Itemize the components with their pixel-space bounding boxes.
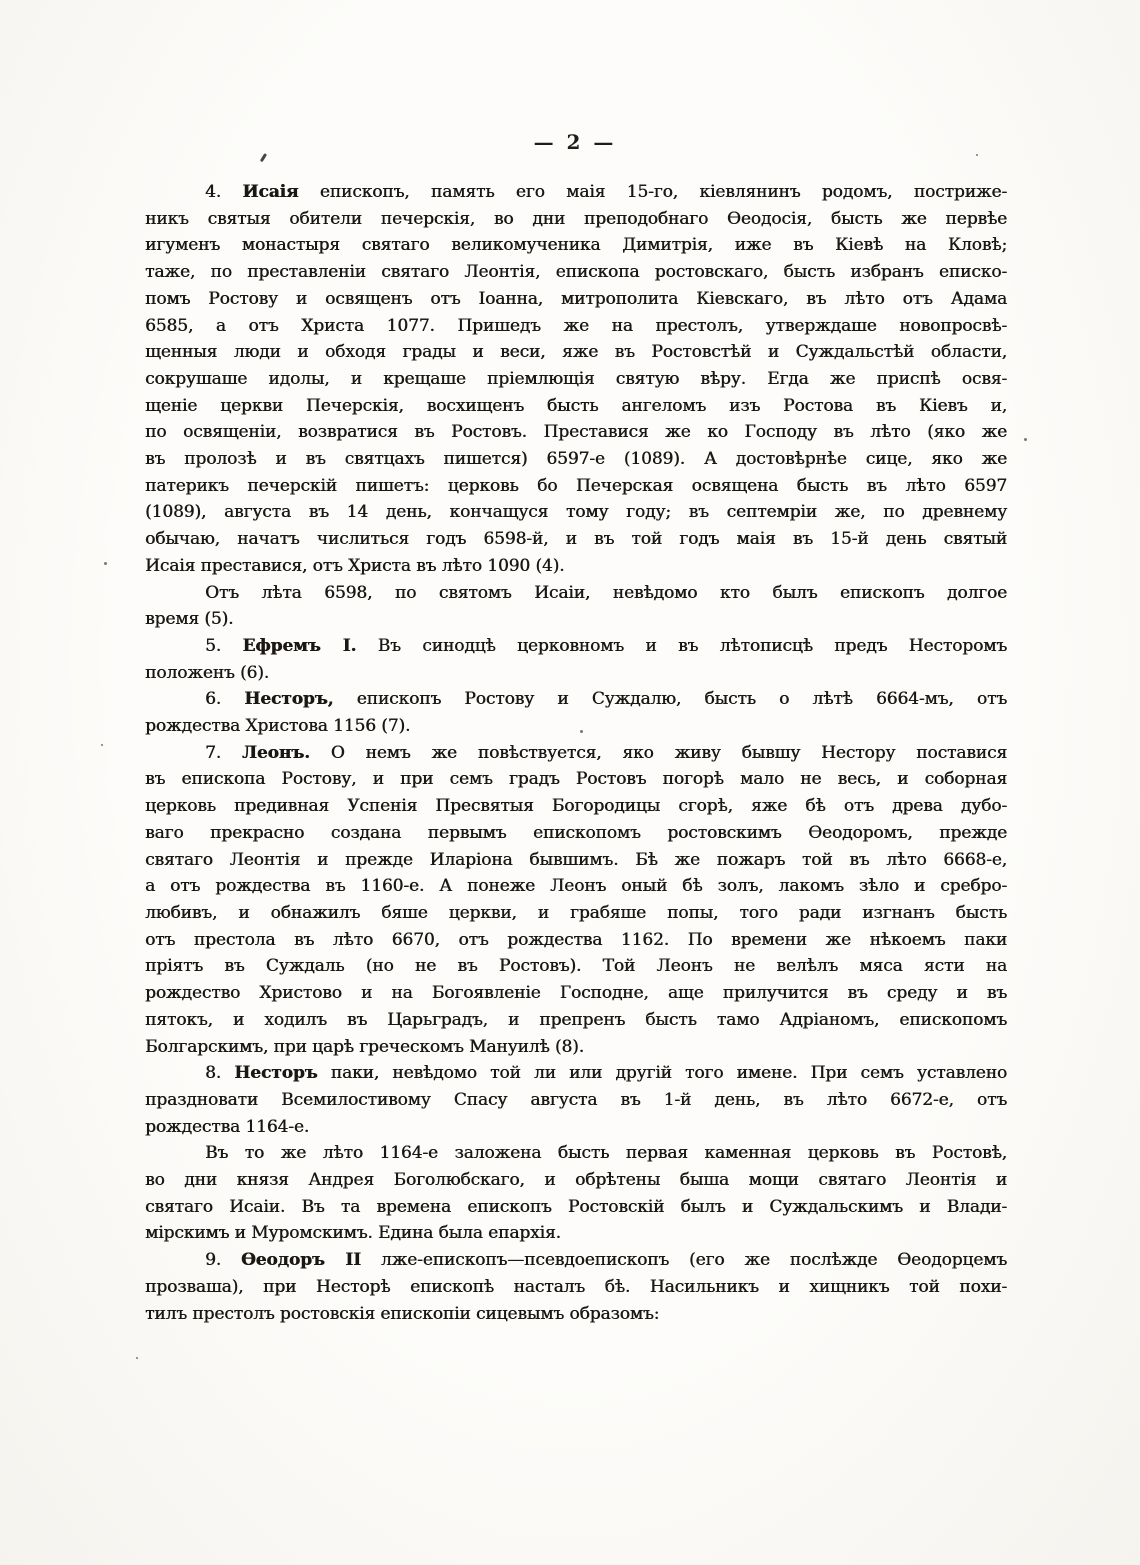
entry-name: Несторъ, — [244, 689, 333, 709]
text-line: пятокъ, и ходилъ въ Царьградъ, и препрен… — [145, 1007, 1007, 1034]
scan-speck — [976, 154, 978, 156]
text-line: Исаія преставися, отъ Христа въ лѣто 109… — [145, 553, 1007, 580]
text-line: святаго Леонтія и прежде Иларіона бывшим… — [145, 847, 1007, 874]
text-segment: Въ синодцѣ церковномъ и въ лѣтописцѣ пре… — [356, 636, 1007, 656]
scan-speck — [136, 1357, 138, 1359]
text-segment: Исаія преставися, отъ Христа въ лѣто 109… — [145, 556, 564, 576]
text-segment: рождества 1164-е. — [145, 1117, 309, 1137]
text-line: любивъ, и обнажилъ бяше церкви, и грабяш… — [145, 900, 1007, 927]
page-number: — 2 — — [143, 130, 1007, 154]
text-segment: пятокъ, и ходилъ въ Царьградъ, и препрен… — [145, 1010, 1007, 1030]
text-segment: Отъ лѣта 6598, по святомъ Исаіи, невѣдом… — [205, 583, 1007, 603]
text-line: прозваша), при Несторѣ епископѣ насталъ … — [145, 1274, 1007, 1301]
text-block: 4. Исаія епископъ, память его маія 15-го… — [145, 179, 1007, 1327]
text-line: праздновати Всемилостивому Спасу августа… — [145, 1087, 1007, 1114]
text-line: таже, по преставленіи святаго Леонтія, е… — [145, 259, 1007, 286]
text-segment: щеніе церкви Печерскія, восхищенъ бысть … — [145, 396, 1007, 416]
text-segment: никъ святыя обители печерскія, во дни пр… — [145, 209, 1007, 229]
text-line: во дни князя Андрея Боголюбскаго, и обрѣ… — [145, 1167, 1007, 1194]
text-line: 6. Несторъ, епископъ Ростову и Суждалю, … — [145, 686, 1007, 713]
text-segment: по освященіи, возвратися въ Ростовъ. Пре… — [145, 422, 1007, 442]
text-segment: во дни князя Андрея Боголюбскаго, и обрѣ… — [145, 1170, 1007, 1190]
text-segment: сокрушаше идолы, и крещаше пріемлющія св… — [145, 369, 1007, 389]
paragraph: 7. Леонъ. О немъ же повѣствуется, яко жи… — [145, 740, 1007, 1060]
entry-name: Исаія — [242, 182, 298, 202]
paragraph: 4. Исаія епископъ, память его маія 15-го… — [145, 179, 1007, 580]
text-line: Отъ лѣта 6598, по святомъ Исаіи, невѣдом… — [145, 580, 1007, 607]
text-segment: Болгарскимъ, при царѣ греческомъ Мануилѣ… — [145, 1037, 584, 1057]
text-line: ваго прекрасно создана первымъ епископом… — [145, 820, 1007, 847]
text-line: 6585, а отъ Христа 1077. Пришедъ же на п… — [145, 313, 1007, 340]
text-segment: паки, невѣдомо той ли или другій того им… — [318, 1063, 1007, 1083]
text-segment: 6. — [205, 689, 244, 709]
text-segment: патерикъ печерскій пишетъ: церковь бо Пе… — [145, 476, 1007, 496]
text-line: пріятъ въ Суждаль (но не въ Ростовъ). То… — [145, 953, 1007, 980]
text-segment: Въ то же лѣто 1164-е заложена бысть перв… — [205, 1143, 1007, 1163]
text-line: церковь предивная Успенія Пресвятыя Бого… — [145, 793, 1007, 820]
text-line: по освященіи, возвратися въ Ростовъ. Пре… — [145, 419, 1007, 446]
paragraph: 5. Ефремъ I. Въ синодцѣ церковномъ и въ … — [145, 633, 1007, 686]
text-segment: епископъ, память его маія 15-го, кіевлян… — [298, 182, 1007, 202]
text-line: а отъ рождества въ 1160-е. А понеже Леон… — [145, 873, 1007, 900]
scan-speck — [260, 153, 267, 162]
text-line: 7. Леонъ. О немъ же повѣствуется, яко жи… — [145, 740, 1007, 767]
text-segment: лже-епископъ—псевдоепископъ (его же посл… — [361, 1250, 1007, 1270]
text-segment: отъ престола въ лѣто 6670, отъ рождества… — [145, 930, 1007, 950]
text-segment: положенъ (6). — [145, 663, 269, 683]
text-line: рождества 1164-е. — [145, 1114, 1007, 1141]
scanned-book-page: — 2 — 4. Исаія епископъ, память его маія… — [0, 0, 1140, 1565]
text-segment: 4. — [205, 182, 242, 202]
text-segment: игуменъ монастыря святаго великомученика… — [145, 235, 1007, 255]
text-line: игуменъ монастыря святаго великомученика… — [145, 232, 1007, 259]
text-segment: 9. — [205, 1250, 241, 1270]
text-segment: праздновати Всемилостивому Спасу августа… — [145, 1090, 1007, 1110]
text-line: Болгарскимъ, при царѣ греческомъ Мануилѣ… — [145, 1034, 1007, 1061]
text-segment: обычаю, начатъ числиться годъ 6598-й, и … — [145, 529, 1007, 549]
scan-speck — [104, 562, 107, 565]
paragraph: Въ то же лѣто 1164-е заложена бысть перв… — [145, 1140, 1007, 1247]
text-line: щенныя люди и обходя грады и веси, яже в… — [145, 339, 1007, 366]
text-segment: 7. — [205, 743, 242, 763]
scan-speck — [101, 744, 103, 746]
text-segment: а отъ рождества въ 1160-е. А понеже Леон… — [145, 876, 1007, 896]
text-line: положенъ (6). — [145, 660, 1007, 687]
text-line: помъ Ростову и освященъ отъ Іоанна, митр… — [145, 286, 1007, 313]
text-line: мірскимъ и Муромскимъ. Едина была епархі… — [145, 1220, 1007, 1247]
entry-name: Ѳеодоръ II — [241, 1250, 361, 1270]
text-line: тилъ престолъ ростовскія епископіи сицев… — [145, 1301, 1007, 1328]
text-line: въ епископа Ростову, и при семъ градъ Ро… — [145, 766, 1007, 793]
text-line: (1089), августа въ 14 день, кончащуся то… — [145, 499, 1007, 526]
text-line: Въ то же лѣто 1164-е заложена бысть перв… — [145, 1140, 1007, 1167]
text-segment: мірскимъ и Муромскимъ. Едина была епархі… — [145, 1223, 561, 1243]
text-line: рождества Христова 1156 (7). — [145, 713, 1007, 740]
scan-speck — [1024, 438, 1027, 441]
text-segment: рождество Христово и на Богоявленіе Госп… — [145, 983, 1007, 1003]
text-segment: епископъ Ростову и Суждалю, бысть о лѣтѣ… — [333, 689, 1007, 709]
text-segment: рождества Христова 1156 (7). — [145, 716, 410, 736]
text-segment: ваго прекрасно создана первымъ епископом… — [145, 823, 1007, 843]
text-line: святаго Исаіи. Въ та времена епископъ Ро… — [145, 1194, 1007, 1221]
text-line: отъ престола въ лѣто 6670, отъ рождества… — [145, 927, 1007, 954]
entry-name: Леонъ. — [242, 743, 310, 763]
paragraph: 6. Несторъ, епископъ Ростову и Суждалю, … — [145, 686, 1007, 739]
page-number-label: — 2 — — [534, 130, 617, 154]
paragraph: 8. Несторъ паки, невѣдомо той ли или дру… — [145, 1060, 1007, 1140]
text-line: никъ святыя обители печерскія, во дни пр… — [145, 206, 1007, 233]
text-segment: 5. — [205, 636, 242, 656]
text-line: время (5). — [145, 606, 1007, 633]
text-segment: щенныя люди и обходя грады и веси, яже в… — [145, 342, 1007, 362]
text-segment: О немъ же повѣствуется, яко живу бывшу Н… — [310, 743, 1007, 763]
paragraph: Отъ лѣта 6598, по святомъ Исаіи, невѣдом… — [145, 580, 1007, 633]
text-line: патерикъ печерскій пишетъ: церковь бо Пе… — [145, 473, 1007, 500]
text-segment: время (5). — [145, 609, 233, 629]
text-segment: пріятъ въ Суждаль (но не въ Ростовъ). То… — [145, 956, 1007, 976]
text-line: 9. Ѳеодоръ II лже-епископъ—псевдоепископ… — [145, 1247, 1007, 1274]
text-segment: святаго Леонтія и прежде Иларіона бывшим… — [145, 850, 1007, 870]
text-line: щеніе церкви Печерскія, восхищенъ бысть … — [145, 393, 1007, 420]
text-segment: въ пролозѣ и въ святцахъ пишется) 6597-е… — [145, 449, 1007, 469]
text-segment: тилъ престолъ ростовскія епископіи сицев… — [145, 1304, 659, 1324]
paragraph: 9. Ѳеодоръ II лже-епископъ—псевдоепископ… — [145, 1247, 1007, 1327]
text-segment: (1089), августа въ 14 день, кончащуся то… — [145, 502, 1007, 522]
text-line: сокрушаше идолы, и крещаше пріемлющія св… — [145, 366, 1007, 393]
text-line: 4. Исаія епископъ, память его маія 15-го… — [145, 179, 1007, 206]
text-segment: 6585, а отъ Христа 1077. Пришедъ же на п… — [145, 316, 1007, 336]
text-segment: помъ Ростову и освященъ отъ Іоанна, митр… — [145, 289, 1007, 309]
text-line: 5. Ефремъ I. Въ синодцѣ церковномъ и въ … — [145, 633, 1007, 660]
text-line: обычаю, начатъ числиться годъ 6598-й, и … — [145, 526, 1007, 553]
text-segment: прозваша), при Несторѣ епископѣ насталъ … — [145, 1277, 1007, 1297]
text-segment: таже, по преставленіи святаго Леонтія, е… — [145, 262, 1007, 282]
text-segment: 8. — [205, 1063, 234, 1083]
text-segment: церковь предивная Успенія Пресвятыя Бого… — [145, 796, 1007, 816]
text-line: въ пролозѣ и въ святцахъ пишется) 6597-е… — [145, 446, 1007, 473]
text-line: 8. Несторъ паки, невѣдомо той ли или дру… — [145, 1060, 1007, 1087]
scan-speck — [580, 730, 583, 733]
text-segment: святаго Исаіи. Въ та времена епископъ Ро… — [145, 1197, 1007, 1217]
text-segment: любивъ, и обнажилъ бяше церкви, и грабяш… — [145, 903, 1007, 923]
entry-name: Ефремъ I. — [242, 636, 356, 656]
entry-name: Несторъ — [234, 1063, 317, 1083]
text-line: рождество Христово и на Богоявленіе Госп… — [145, 980, 1007, 1007]
text-segment: въ епископа Ростову, и при семъ градъ Ро… — [145, 769, 1007, 789]
